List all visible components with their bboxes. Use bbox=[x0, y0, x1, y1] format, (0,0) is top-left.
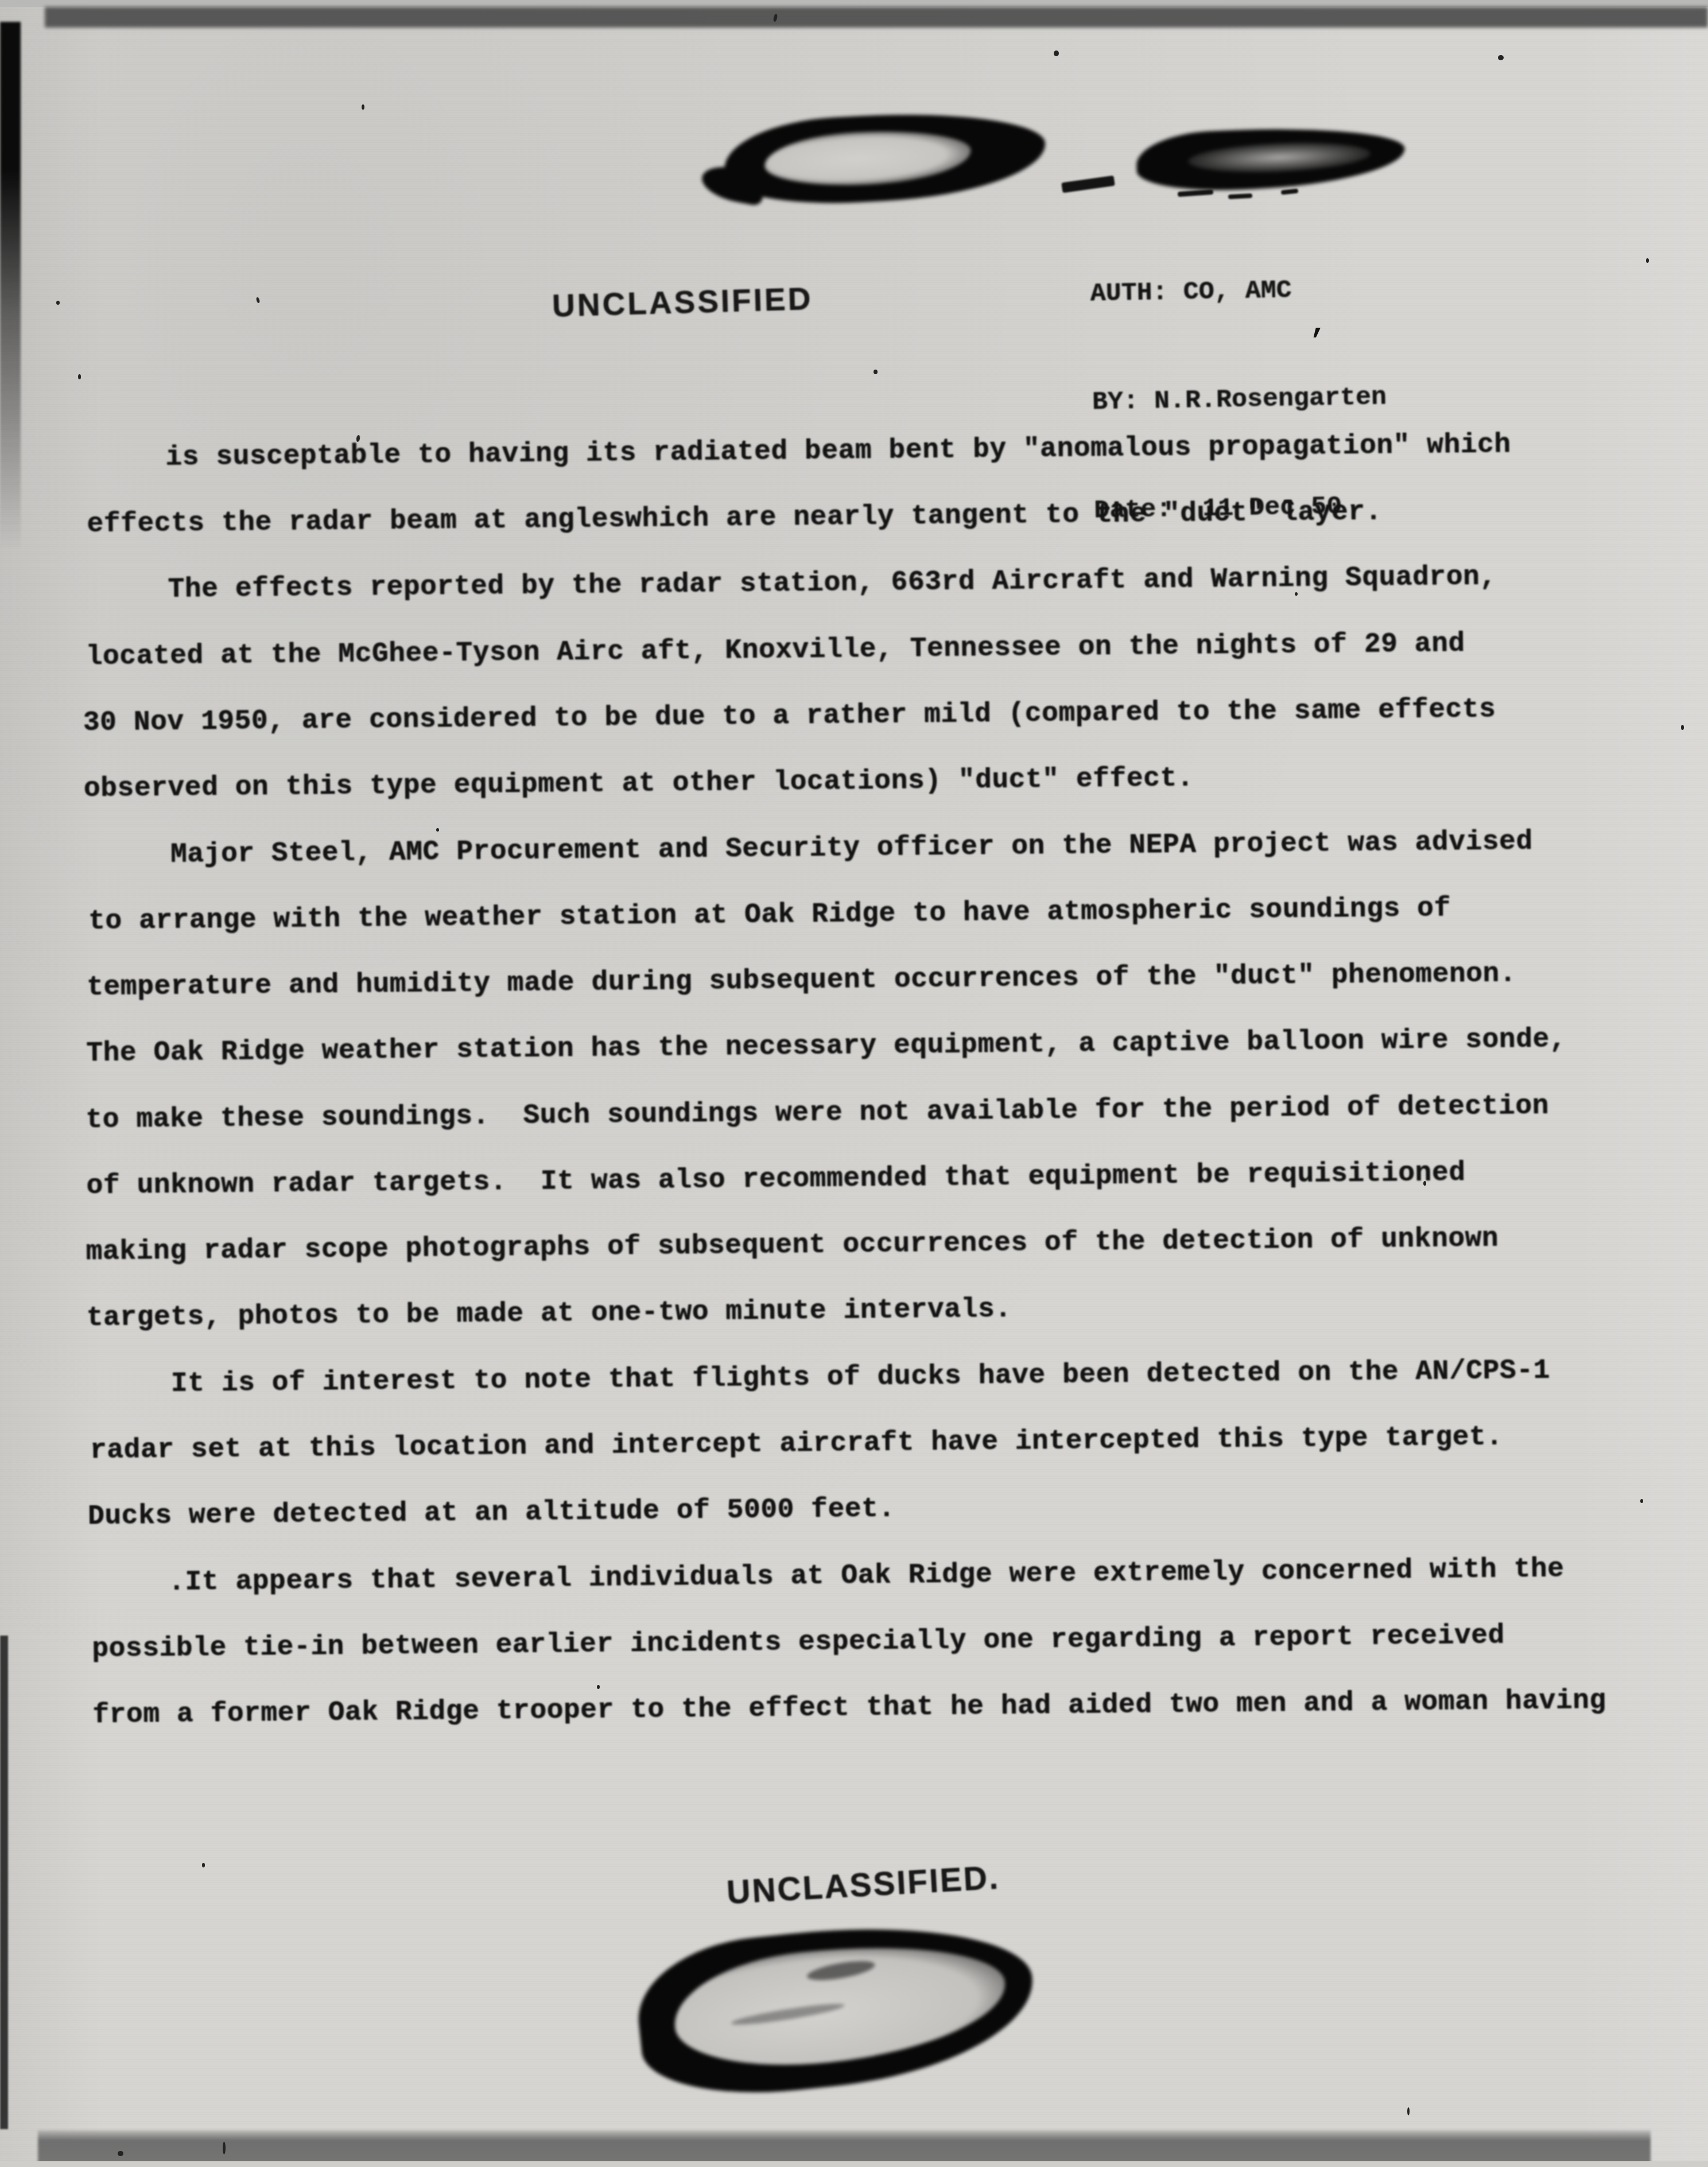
typed-line: It is of interest to note that flights o… bbox=[171, 1356, 1550, 1400]
dust-speck bbox=[1498, 55, 1504, 60]
dust-speck bbox=[1640, 1499, 1643, 1503]
typed-line: radar set at this location and intercept… bbox=[90, 1422, 1503, 1466]
typed-line: The Oak Ridge weather station has the ne… bbox=[86, 1024, 1566, 1069]
typed-line: making radar scope photographs of subseq… bbox=[86, 1223, 1499, 1268]
dust-speck bbox=[1646, 258, 1649, 263]
dust-speck bbox=[597, 1685, 600, 1689]
typed-line: observed on this type equipment at other… bbox=[84, 763, 1194, 805]
typed-line: Ducks were detected at an altitude of 50… bbox=[88, 1494, 895, 1533]
typed-line: 30 Nov 1950, are considered to be due to… bbox=[83, 694, 1496, 739]
typed-line: Major Steel, AMC Procurement and Securit… bbox=[170, 826, 1533, 871]
typed-line: targets, photos to be made at one-two mi… bbox=[87, 1294, 1012, 1334]
typed-line: to arrange with the weather station at O… bbox=[88, 893, 1451, 937]
typewritten-body: is susceptable to having its radiated be… bbox=[0, 0, 1708, 2167]
dust-speck bbox=[1423, 1181, 1426, 1186]
dust-speck bbox=[874, 370, 878, 374]
dust-speck bbox=[1407, 2107, 1410, 2115]
dust-speck bbox=[118, 2151, 123, 2156]
dust-speck bbox=[78, 374, 81, 379]
typed-line: from a former Oak Ridge trooper to the e… bbox=[92, 1686, 1606, 1731]
typed-line: is susceptable to having its radiated be… bbox=[165, 429, 1511, 473]
dust-speck bbox=[223, 2142, 226, 2154]
typed-line: to make these soundings. Such soundings … bbox=[86, 1091, 1549, 1136]
scanned-document-page: UNCLASSIFIED UNCLASSIFIED. AUTH: CO, AMC… bbox=[0, 0, 1708, 2167]
dust-speck bbox=[436, 828, 439, 832]
typed-line: of unknown radar targets. It was also re… bbox=[86, 1158, 1465, 1202]
dust-speck bbox=[1295, 592, 1298, 596]
typed-line: The effects reported by the radar statio… bbox=[168, 561, 1496, 605]
typed-line: effects the radar beam at angleswhich ar… bbox=[87, 496, 1382, 540]
dust-speck bbox=[1681, 725, 1684, 730]
typed-line: .It appears that several individuals at … bbox=[168, 1554, 1565, 1598]
dust-speck bbox=[1054, 51, 1059, 56]
dust-speck bbox=[362, 104, 364, 110]
dust-speck bbox=[56, 301, 60, 305]
typed-line: located at the McGhee-Tyson Airc aft, Kn… bbox=[86, 628, 1465, 673]
dust-speck bbox=[202, 1863, 205, 1867]
typed-line: temperature and humidity made during sub… bbox=[87, 958, 1516, 1003]
typed-line: possible tie-in between earlier incident… bbox=[92, 1620, 1505, 1665]
